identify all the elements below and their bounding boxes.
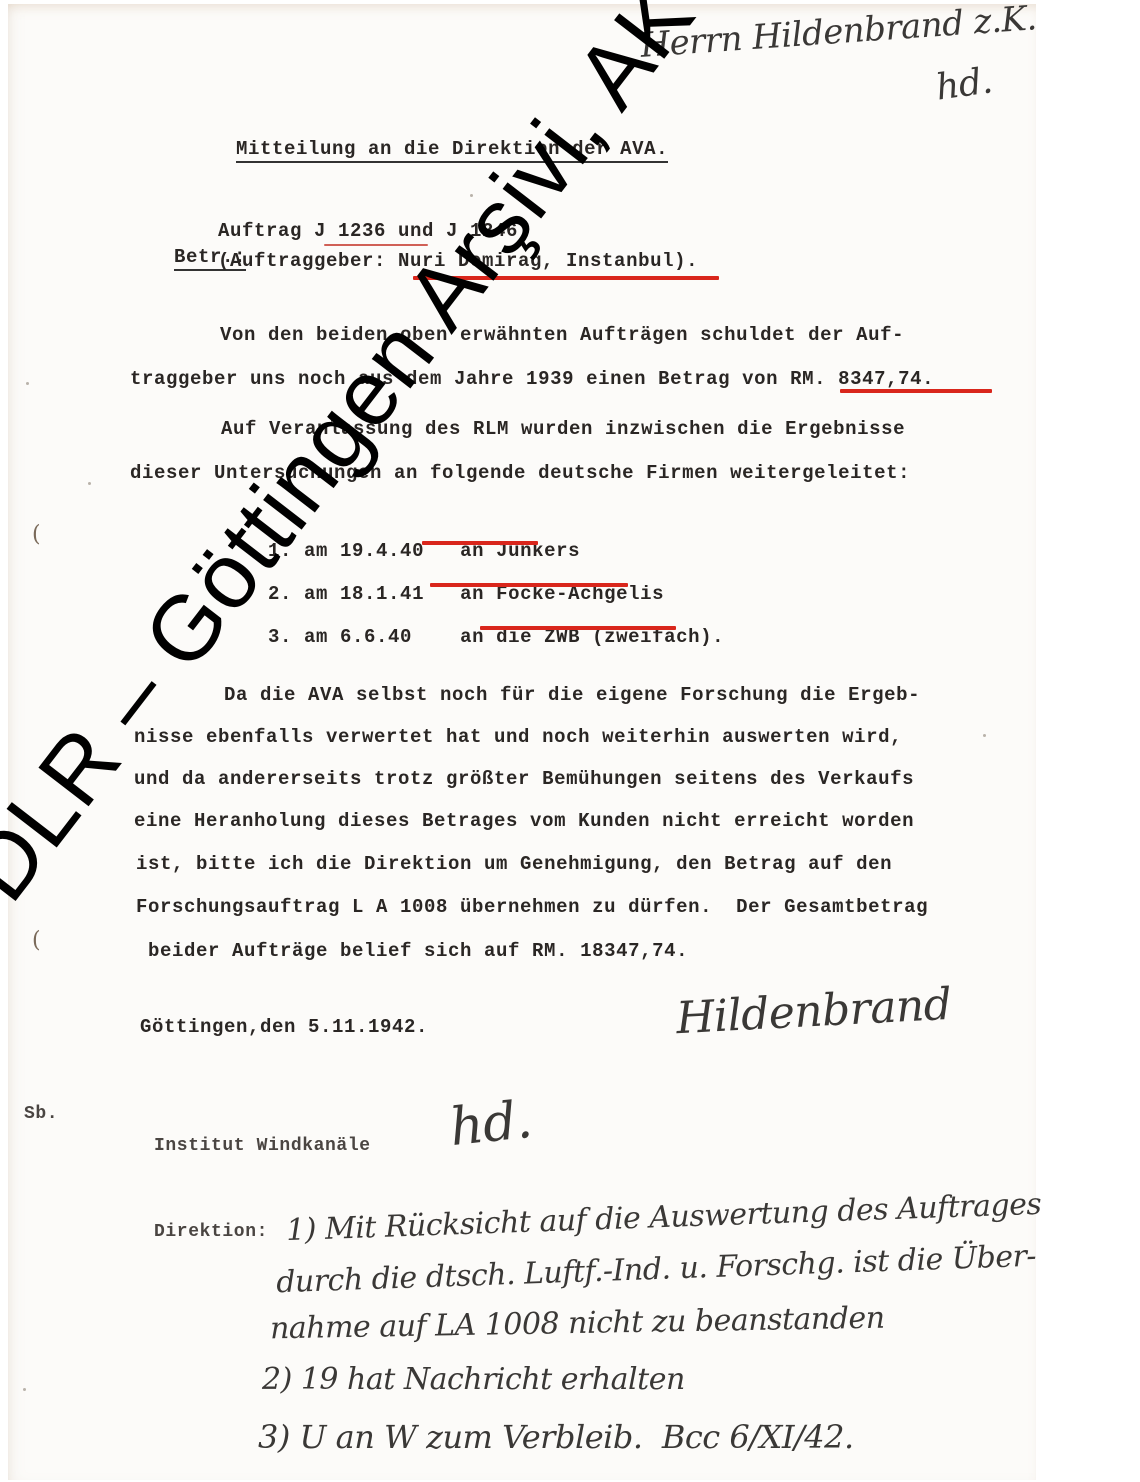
highlight-underline-amount [840,389,992,393]
direktion-label: Direktion: [154,1222,268,1242]
paragraph-3-line-5: ist, bitte ich die Direktion um Genehmig… [136,853,892,875]
scan-speck [88,482,91,485]
paragraph-3-line-6: Forschungsauftrag L A 1008 übernehmen zu… [136,896,928,918]
list-date: am 6.6.40 [304,626,412,648]
cc-label: Sb. [24,1104,58,1124]
institute-line: Institut Windkanäle [154,1136,371,1156]
list-date: am 19.4.40 [304,540,424,562]
highlight-underline-focke-achgelis [430,583,628,587]
margin-punch-mark: ( [32,928,41,953]
place-date: Göttingen,den 5.11.1942. [140,1016,428,1038]
highlight-underline-j1236 [324,244,428,246]
paragraph-1-line-2: traggeber uns noch aus dem Jahre 1939 ei… [130,368,934,390]
scan-speck [26,382,29,385]
highlight-underline-zwb [480,626,676,630]
handwritten-initials-institute: hd. [447,1090,535,1158]
handwritten-direktion-line-5: 3) U an W zum Verbleib. Bcc 6/XI/42. [258,1418,854,1456]
list-item: 3. am 6.6.40 an die ZWB (zweifach). [196,604,724,670]
paragraph-3-line-3: und da andererseits trotz größter Bemühu… [134,768,914,790]
paragraph-3-line-4: eine Heranholung dieses Betrages vom Kun… [134,810,914,832]
paragraph-3-line-2: nisse ebenfalls verwertet hat und noch w… [134,726,902,748]
handwritten-direktion-line-1: 1) Mit Rücksicht auf die Auswertung des … [286,1187,1042,1248]
handwritten-direktion-line-4: 2) 19 hat Nachricht erhalten [262,1362,685,1397]
margin-punch-mark: ( [32,522,41,547]
paragraph-1-line-1: Von den beiden oben erwähnten Aufträgen … [220,324,904,346]
paragraph-3-line-1: Da die AVA selbst noch für die eigene Fo… [224,684,920,706]
scan-speck [983,734,986,737]
handwritten-signature: Hildenbrand [675,979,953,1044]
highlight-underline-junkers [422,541,538,545]
scan-speck [23,1388,26,1391]
handwritten-direktion-line-3: nahme auf LA 1008 nicht zu beanstanden [270,1301,885,1347]
list-date: am 18.1.41 [304,583,424,605]
handwritten-initials-top: hd. [933,60,994,108]
list-number: 3. [268,626,292,648]
handwritten-direktion-line-2: durch die dtsch. Luftf.-Ind. u. Forschg.… [276,1239,1037,1301]
paragraph-3-line-7: beider Aufträge belief sich auf RM. 1834… [148,940,688,962]
